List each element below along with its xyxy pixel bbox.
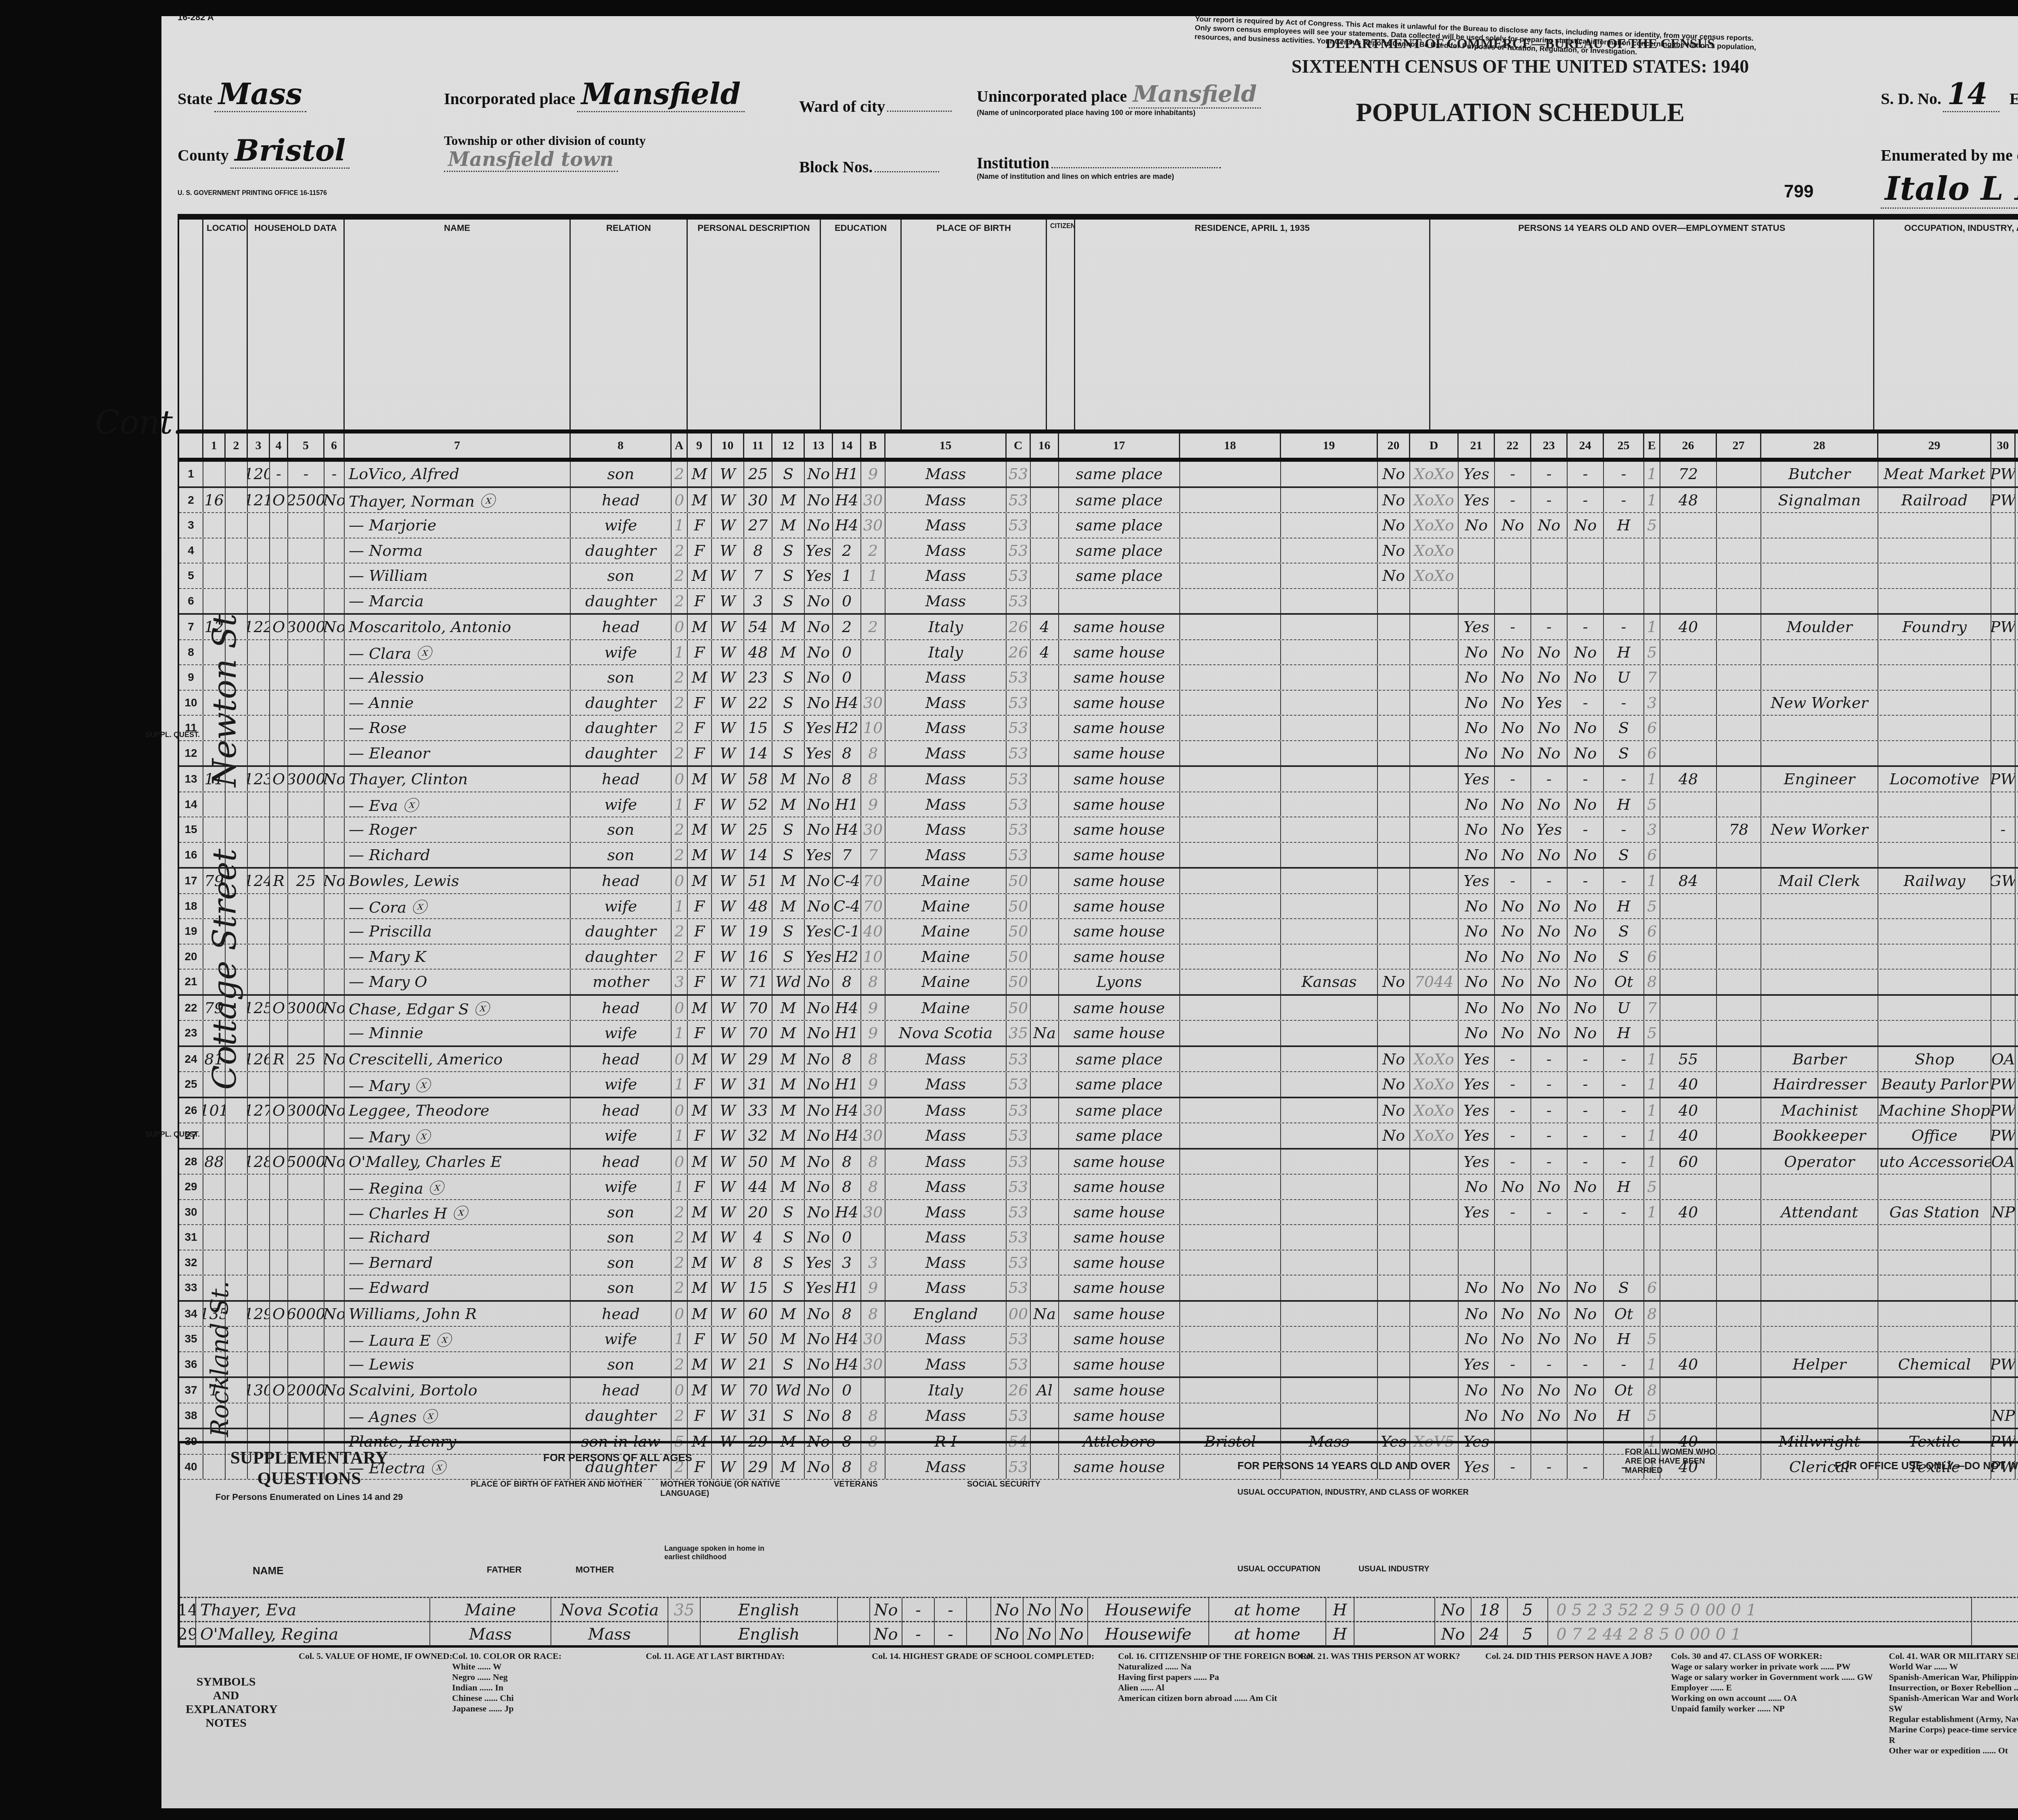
age: 32	[744, 1123, 772, 1148]
code-d: XoXo	[1410, 538, 1459, 563]
line-number: 31	[179, 1225, 203, 1250]
occupation	[1761, 1378, 1878, 1403]
code-d	[1410, 1250, 1459, 1275]
residence-1935-county	[1180, 665, 1281, 690]
age: 20	[744, 1200, 772, 1225]
code-d	[1410, 1175, 1459, 1199]
home-value	[288, 1352, 324, 1377]
table-row: 36 — Lewis son 2 M W 21 S No H4 30 Mass …	[179, 1352, 2018, 1378]
marital-status: S	[772, 589, 805, 614]
public-emergency-work: No	[1495, 691, 1531, 715]
at-work: Yes	[1459, 767, 1495, 792]
weeks-unemployed	[1717, 1327, 1761, 1351]
race: W	[712, 919, 744, 944]
race: W	[712, 792, 744, 817]
person-name: Chase, Edgar S ⓧ	[345, 996, 571, 1020]
birthplace: Maine	[885, 869, 1007, 893]
house-number	[226, 1175, 248, 1199]
code-d: XoXo	[1410, 1123, 1459, 1148]
on-farm-1935	[1378, 894, 1410, 919]
class-of-worker	[1991, 1225, 2016, 1250]
code-b: 7	[861, 843, 885, 867]
attended-school: Yes	[805, 563, 833, 588]
public-emergency-work: -	[1495, 1072, 1531, 1097]
marital-status: S	[772, 665, 805, 690]
relation: daughter	[571, 538, 672, 563]
person-name: — Laura E ⓧ	[345, 1327, 571, 1351]
highest-grade: 2	[833, 538, 861, 563]
race: W	[712, 869, 744, 893]
owned-rented	[270, 640, 288, 665]
line-number: 30	[179, 1200, 203, 1225]
race: W	[712, 1123, 744, 1148]
household-number	[248, 1200, 270, 1225]
relation: wife	[571, 1072, 672, 1097]
on-farm-1935	[1378, 741, 1410, 766]
code-a: 0	[672, 488, 688, 513]
age: 15	[744, 716, 772, 740]
code-f	[2016, 1327, 2018, 1351]
house-number	[226, 1403, 248, 1428]
at-work: No	[1459, 817, 1495, 842]
on-farm-1935	[1378, 691, 1410, 715]
line-number: 22	[179, 996, 203, 1020]
class-of-worker	[1991, 792, 2016, 817]
on-farm-1935	[1378, 1327, 1410, 1351]
line-number: 21	[179, 970, 203, 994]
marital-status: S	[772, 843, 805, 867]
state-value: Mass	[214, 77, 306, 112]
weeks-unemployed	[1717, 996, 1761, 1020]
table-row: 23 — Minnie wife 1 F W 70 M No H1 9 Nova…	[179, 1021, 2018, 1047]
code-c: 53	[1007, 1352, 1031, 1377]
code-a: 2	[672, 665, 688, 690]
sex: M	[688, 869, 712, 893]
residence-1935-city: same place	[1059, 1098, 1180, 1123]
col11-note: Col. 11. AGE AT LAST BIRTHDAY:	[646, 1651, 785, 1661]
attended-school: No	[805, 1352, 833, 1377]
citizenship	[1031, 843, 1059, 867]
street	[203, 691, 226, 715]
person-name: — Marjorie	[345, 513, 571, 538]
owned-rented	[270, 513, 288, 538]
occupation	[1761, 996, 1878, 1020]
residence-1935-state	[1281, 1302, 1378, 1326]
age: 50	[744, 1327, 772, 1351]
table-row: 9 — Alessio son 2 M W 23 S No 0 Mass 53 …	[179, 665, 2018, 691]
street	[203, 589, 226, 614]
class-of-worker: PW	[1991, 615, 2016, 639]
public-emergency-work	[1495, 589, 1531, 614]
on-farm-1935: No	[1378, 513, 1410, 538]
residence-1935-state	[1281, 817, 1378, 842]
class-of-worker	[1991, 1302, 2016, 1326]
table-row: 31 — Richard son 2 M W 4 S No 0 Mass 53 …	[179, 1225, 2018, 1250]
code-d	[1410, 1021, 1459, 1045]
code-c: 35	[1007, 1021, 1031, 1045]
code-b: 8	[861, 1302, 885, 1326]
residence-1935-state	[1281, 716, 1378, 740]
code-c: 53	[1007, 563, 1031, 588]
on-farm-1935	[1378, 843, 1410, 867]
street: 88	[203, 1150, 226, 1174]
attended-school: No	[805, 996, 833, 1020]
had-job: -	[1568, 1200, 1604, 1225]
on-farm	[324, 513, 345, 538]
person-name: — Rose	[345, 716, 571, 740]
class-of-worker	[1991, 996, 2016, 1020]
industry: Locomotive	[1878, 767, 1991, 792]
col16-note: Col. 16. CITIZENSHIP OF THE FOREIGN BORN…	[1118, 1651, 1313, 1703]
at-work: Yes	[1459, 462, 1495, 486]
street	[203, 1072, 226, 1097]
attended-school: No	[805, 792, 833, 817]
table-row: 27 — Mary ⓧ wife 1 F W 32 M No H4 30 Mas…	[179, 1123, 2018, 1150]
industry: Gas Station	[1878, 1200, 1991, 1225]
home-value	[288, 513, 324, 538]
age: 51	[744, 869, 772, 893]
residence-1935-city: same place	[1059, 1047, 1180, 1072]
had-job	[1568, 589, 1604, 614]
col5-note: Col. 5. VALUE OF HOME, IF OWNED:	[299, 1651, 452, 1661]
code-c: 50	[1007, 970, 1031, 994]
household-number	[248, 563, 270, 588]
residence-1935-city: same house	[1059, 1352, 1180, 1377]
line-number: 18	[179, 894, 203, 919]
relation: son	[571, 462, 672, 486]
line-number: 33	[179, 1275, 203, 1300]
household-number	[248, 1275, 270, 1300]
age: 50	[744, 1150, 772, 1174]
line-number: 12	[179, 741, 203, 766]
supp-birth-parents: PLACE OF BIRTH OF FATHER AND MOTHER	[471, 1480, 643, 1489]
seeking-work	[1531, 589, 1568, 614]
code-d	[1410, 1327, 1459, 1351]
class-of-worker: GW	[1991, 869, 2016, 893]
hours-worked: 48	[1660, 767, 1717, 792]
owned-rented: R	[270, 1047, 288, 1072]
on-farm: No	[324, 869, 345, 893]
had-job: -	[1568, 488, 1604, 513]
on-farm	[324, 1250, 345, 1275]
marital-status: S	[772, 1250, 805, 1275]
residence-1935-city: same house	[1059, 817, 1180, 842]
age: 60	[744, 1302, 772, 1326]
marital-status: M	[772, 767, 805, 792]
owned-rented	[270, 894, 288, 919]
line-number: 17	[179, 869, 203, 893]
residence-1935-county	[1180, 462, 1281, 486]
highest-grade: H4	[833, 996, 861, 1020]
household-number	[248, 843, 270, 867]
column-headers: LOCATION HOUSEHOLD DATA NAME RELATION PE…	[179, 220, 2018, 434]
on-farm-1935: No	[1378, 462, 1410, 486]
code-e: 6	[1644, 919, 1660, 944]
citizenship	[1031, 665, 1059, 690]
race: W	[712, 665, 744, 690]
street	[203, 843, 226, 867]
attended-school: No	[805, 817, 833, 842]
owned-rented	[270, 843, 288, 867]
sex: M	[688, 1275, 712, 1300]
relation: head	[571, 996, 672, 1020]
residence-1935-county	[1180, 1302, 1281, 1326]
table-row: 3 — Marjorie wife 1 F W 27 M No H4 30 Ma…	[179, 513, 2018, 538]
weeks-unemployed	[1717, 843, 1761, 867]
highest-grade: 8	[833, 970, 861, 994]
public-emergency-work: No	[1495, 843, 1531, 867]
code-f: 322 47 1	[2016, 767, 2018, 792]
header-citizenship: CITIZENSHIP	[1047, 220, 1075, 429]
house-number	[226, 1098, 248, 1123]
class-of-worker	[1991, 589, 2016, 614]
children-born: 5	[1508, 1622, 1548, 1646]
sex: M	[688, 1047, 712, 1072]
hours-worked: 60	[1660, 1150, 1717, 1174]
ss-number: No	[991, 1622, 1024, 1646]
street	[203, 919, 226, 944]
line-number: 13	[179, 767, 203, 792]
public-emergency-work: No	[1495, 817, 1531, 842]
marital-status: S	[772, 538, 805, 563]
household-number	[248, 894, 270, 919]
code-e: 1	[1644, 488, 1660, 513]
sex: F	[688, 640, 712, 665]
citizenship	[1031, 767, 1059, 792]
public-emergency-work: -	[1495, 767, 1531, 792]
code-c: 53	[1007, 1123, 1031, 1148]
relation: wife	[571, 792, 672, 817]
owned-rented: O	[270, 1302, 288, 1326]
street: 11	[203, 767, 226, 792]
age: 8	[744, 1250, 772, 1275]
table-body: 1 120 - - - LoVico, Alfred son 2 M W 25 …	[179, 462, 2018, 1480]
person-name: — Lewis	[345, 1352, 571, 1377]
on-farm	[324, 716, 345, 740]
code-a: 2	[672, 462, 688, 486]
supp-row-14: 14 Thayer, Eva Maine Nova Scotia 35 Engl…	[180, 1597, 2018, 1622]
relation: son	[571, 665, 672, 690]
person-name: — Marcia	[345, 589, 571, 614]
code-b: 30	[861, 513, 885, 538]
household-number	[248, 1123, 270, 1148]
hours-worked	[1660, 1225, 1717, 1250]
header-employment: PERSONS 14 YEARS OLD AND OVER—EMPLOYMENT…	[1430, 220, 1874, 429]
class-of-worker	[1991, 945, 2016, 969]
owned-rented	[270, 1275, 288, 1300]
residence-1935-county	[1180, 589, 1281, 614]
highest-grade: H1	[833, 462, 861, 486]
table-row: 24 81 126 R 25 No Crescitelli, Americo h…	[179, 1047, 2018, 1072]
occupation	[1761, 1403, 1878, 1428]
attended-school: No	[805, 1302, 833, 1326]
owned-rented	[270, 970, 288, 994]
marital-status: M	[772, 1302, 805, 1326]
code-d	[1410, 1403, 1459, 1428]
birthplace: Italy	[885, 1378, 1007, 1403]
attended-school: No	[805, 589, 833, 614]
code-f	[2016, 1021, 2018, 1045]
on-farm-1935	[1378, 1200, 1410, 1225]
class-of-worker: NP	[1991, 1200, 2016, 1225]
birthplace: Mass	[885, 1047, 1007, 1072]
veteran: No	[870, 1622, 902, 1646]
marital-status: S	[772, 1275, 805, 1300]
household-number	[248, 513, 270, 538]
code-f	[2016, 945, 2018, 969]
at-work: No	[1459, 919, 1495, 944]
relation: wife	[571, 1021, 672, 1045]
public-emergency-work: No	[1495, 741, 1531, 766]
code-e: 1	[1644, 1123, 1660, 1148]
residence-1935-city: same house	[1059, 1021, 1180, 1045]
weeks-unemployed	[1717, 615, 1761, 639]
sex: M	[688, 462, 712, 486]
public-emergency-work: No	[1495, 513, 1531, 538]
residence-1935-county	[1180, 1098, 1281, 1123]
person-name: — William	[345, 563, 571, 588]
race: W	[712, 1021, 744, 1045]
table-row: 38 — Agnes ⓧ daughter 2 F W 31 S No 8 8 …	[179, 1403, 2018, 1430]
age: 25	[744, 462, 772, 486]
class-of-worker	[1991, 513, 2016, 538]
on-farm	[324, 1352, 345, 1377]
at-work: Yes	[1459, 1047, 1495, 1072]
county-value: Bristol	[230, 133, 350, 169]
relation: head	[571, 1150, 672, 1174]
residence-1935-county	[1180, 767, 1281, 792]
citizenship	[1031, 1072, 1059, 1097]
code-d	[1410, 1378, 1459, 1403]
on-farm	[324, 1072, 345, 1097]
activity-code: Ot	[1604, 970, 1644, 994]
class-of-worker	[1991, 691, 2016, 715]
mother-tongue: English	[701, 1622, 838, 1646]
seeking-work	[1531, 1225, 1568, 1250]
class-of-worker	[1991, 919, 2016, 944]
code-d: XoXo	[1410, 488, 1459, 513]
house-number	[226, 716, 248, 740]
age: 29	[744, 1047, 772, 1072]
code-f: 416 7V 5	[2016, 1200, 2018, 1225]
house-number	[226, 1150, 248, 1174]
code-f: 6	[2016, 817, 2018, 842]
highest-grade: H4	[833, 1123, 861, 1148]
explanatory-notes: SYMBOLS AND EXPLANATORY NOTES Col. 5. VA…	[178, 1651, 2018, 1784]
at-work: No	[1459, 1021, 1495, 1045]
marital-status: S	[772, 817, 805, 842]
residence-1935-county	[1180, 1250, 1281, 1275]
weeks-unemployed	[1717, 1352, 1761, 1377]
code-e: 6	[1644, 1275, 1660, 1300]
code-c: 53	[1007, 462, 1031, 486]
residence-1935-city: same house	[1059, 640, 1180, 665]
home-value	[288, 792, 324, 817]
code-d: 7044	[1410, 970, 1459, 994]
at-work: No	[1459, 1403, 1495, 1428]
household-number: 123	[248, 767, 270, 792]
hours-worked: 72	[1660, 462, 1717, 486]
street: 135	[203, 1302, 226, 1326]
age: 31	[744, 1072, 772, 1097]
residence-1935-state	[1281, 1021, 1378, 1045]
code-g: 35	[668, 1598, 701, 1622]
activity-code: -	[1604, 691, 1644, 715]
on-farm: No	[324, 767, 345, 792]
on-farm-1935	[1378, 1403, 1410, 1428]
father-birthplace: Maine	[430, 1598, 551, 1622]
line-number: 20	[179, 945, 203, 969]
activity-code: -	[1604, 1150, 1644, 1174]
header-location: LOCATION	[203, 220, 248, 429]
code-a: 0	[672, 1150, 688, 1174]
activity-code: -	[1604, 817, 1644, 842]
at-work: No	[1459, 1175, 1495, 1199]
household-number	[248, 589, 270, 614]
line-number: 34	[179, 1302, 203, 1326]
code-b: 8	[861, 767, 885, 792]
residence-1935-city: same house	[1059, 1150, 1180, 1174]
owned-rented	[270, 817, 288, 842]
seeking-work: No	[1531, 640, 1568, 665]
code-f	[2016, 894, 2018, 919]
residence-1935-county	[1180, 1225, 1281, 1250]
activity-code: S	[1604, 741, 1644, 766]
code-c: 53	[1007, 767, 1031, 792]
industry	[1878, 1302, 1991, 1326]
age: 8	[744, 538, 772, 563]
citizenship	[1031, 1200, 1059, 1225]
code-e: 5	[1644, 513, 1660, 538]
code-c: 53	[1007, 538, 1031, 563]
code-d: XoXo	[1410, 1098, 1459, 1123]
residence-1935-city: same place	[1059, 488, 1180, 513]
seeking-work	[1531, 1250, 1568, 1275]
had-job: -	[1568, 615, 1604, 639]
code-b: 8	[861, 970, 885, 994]
industry	[1878, 817, 1991, 842]
had-job	[1568, 538, 1604, 563]
race: W	[712, 589, 744, 614]
code-a: 0	[672, 1378, 688, 1403]
table-row: 13 11 123 O 3000 No Thayer, Clinton head…	[179, 767, 2018, 792]
race: W	[712, 996, 744, 1020]
on-farm-1935	[1378, 945, 1410, 969]
attended-school: Yes	[805, 919, 833, 944]
industry: Beauty Parlor	[1878, 1072, 1991, 1097]
birthplace: England	[885, 1302, 1007, 1326]
residence-1935-state	[1281, 691, 1378, 715]
occupation: New Worker	[1761, 817, 1878, 842]
code-e	[1644, 563, 1660, 588]
col21-note: Col. 21. WAS THIS PERSON AT WORK?	[1300, 1651, 1460, 1661]
column-number-row: 1 2 3 4 5 6 7 8 A 9 10 11 12 13 14 B 15 …	[179, 434, 2018, 462]
header-name: NAME	[345, 220, 571, 429]
seeking-work: -	[1531, 615, 1568, 639]
hours-worked: 55	[1660, 1047, 1717, 1072]
residence-1935-city: same house	[1059, 741, 1180, 766]
on-farm-1935	[1378, 1175, 1410, 1199]
attended-school: No	[805, 1175, 833, 1199]
owned-rented	[270, 563, 288, 588]
cont-note: Cont.	[95, 404, 183, 441]
code-e: 3	[1644, 817, 1660, 842]
activity-code: -	[1604, 1123, 1644, 1148]
owned-rented	[270, 792, 288, 817]
house-number	[226, 996, 248, 1020]
occupation	[1761, 716, 1878, 740]
industry	[1878, 1403, 1991, 1428]
